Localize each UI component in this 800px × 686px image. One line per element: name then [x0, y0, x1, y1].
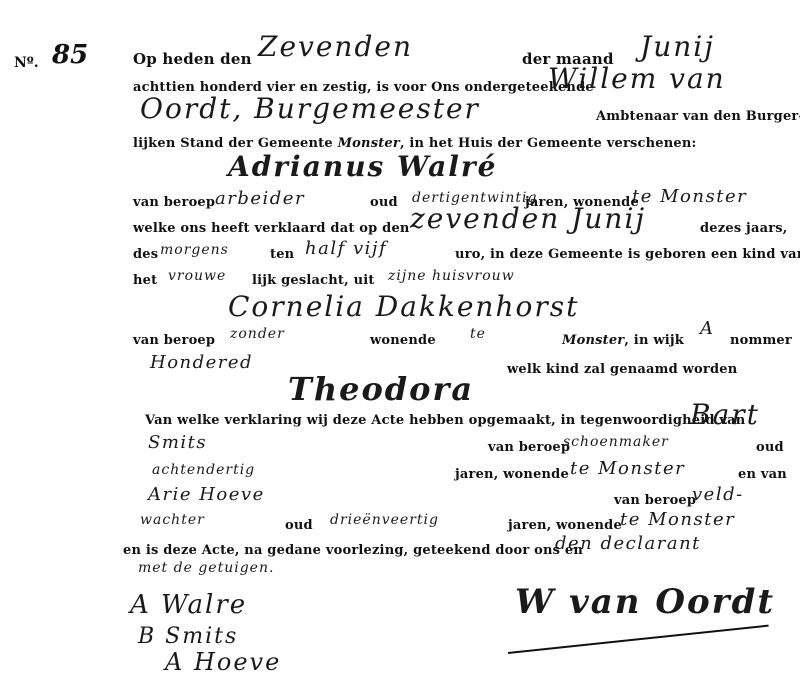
- handwritten-witness1-first: Bart: [690, 398, 760, 431]
- text-van-beroep-w1: van beroep: [488, 440, 570, 455]
- text-van-beroep-mother: van beroep: [133, 333, 215, 348]
- handwritten-month: Junij: [640, 30, 715, 63]
- handwritten-den-declarant: den declarant: [555, 533, 701, 554]
- handwritten-witness1-surname: Smits: [148, 432, 207, 453]
- text-uro-geboren: uro, in deze Gemeente is geboren een kin…: [455, 247, 800, 262]
- signature-witness2: A Hoeve: [165, 648, 281, 676]
- handwritten-house-number: Hondered: [150, 352, 253, 373]
- handwritten-mother-name: Cornelia Dakkenhorst: [228, 290, 579, 323]
- handwritten-witness2-occupation: veld-: [692, 484, 744, 505]
- text-des: des: [133, 247, 158, 262]
- handwritten-official-first-name: Willem van: [548, 62, 726, 95]
- text-geteekend: en is deze Acte, na gedane voorlezing, g…: [123, 543, 583, 558]
- text-en-van: en van: [738, 467, 787, 482]
- signature-underline: [508, 625, 769, 654]
- text-ambtenaar: Ambtenaar van den Burger-: [596, 109, 800, 124]
- text-welk-kind: welk kind zal genaamd worden: [507, 362, 737, 377]
- handwritten-declarant-name: Adrianus Walré: [228, 150, 497, 183]
- text-stand-line: lijken Stand der Gemeente Monster, in he…: [133, 136, 697, 151]
- handwritten-witness1-residence: te Monster: [570, 458, 685, 479]
- number-label: Nº.: [14, 55, 39, 71]
- handwritten-hour: half vijf: [305, 238, 387, 259]
- printed-place-monster: Monster: [338, 136, 400, 151]
- text-oud-w1: oud: [756, 440, 784, 455]
- text-op-heden-den: Op heden den: [133, 50, 252, 68]
- text-wijk-line: Monster, in wijk: [562, 333, 684, 348]
- handwritten-witness2-age: drieënveertig: [330, 512, 439, 528]
- text-ten: ten: [270, 247, 294, 262]
- handwritten-sex: vrouwe: [168, 268, 226, 284]
- handwritten-relation: zijne huisvrouw: [388, 268, 515, 284]
- signature-declarant: A Walre: [130, 590, 247, 620]
- certificate-number: 85: [52, 40, 88, 70]
- text-het: het: [133, 273, 157, 288]
- handwritten-occupation: arbeider: [215, 188, 305, 209]
- handwritten-witness2-residence: te Monster: [620, 509, 735, 530]
- handwritten-witness1-occupation: schoenmaker: [563, 434, 669, 450]
- handwritten-witness2-occupation-cont: wachter: [140, 512, 205, 528]
- handwritten-day: Zevenden: [258, 30, 413, 63]
- handwritten-time-of-day: morgens: [160, 242, 229, 258]
- birth-certificate-page: Nº. 85 Op heden den Zevenden der maand J…: [0, 0, 800, 686]
- handwritten-witness1-age: achtendertig: [152, 462, 255, 478]
- handwritten-residence: te Monster: [632, 186, 747, 207]
- handwritten-te: te: [470, 326, 486, 342]
- text-van-beroep: van beroep: [133, 195, 215, 210]
- text-oud-w2: oud: [285, 518, 313, 533]
- handwritten-mother-occupation: zonder: [230, 326, 285, 342]
- signature-witness1: B Smits: [138, 624, 238, 649]
- text-verklaard: welke ons heeft verklaard dat op den: [133, 221, 410, 236]
- handwritten-met-de-getuigen: met de getuigen.: [138, 560, 274, 576]
- text-oud: oud: [370, 195, 398, 210]
- signature-official: W van Oordt: [515, 582, 775, 622]
- handwritten-official-title: Oordt, Burgemeester: [140, 92, 480, 125]
- handwritten-wijk: A: [700, 318, 715, 339]
- text-van-beroep-w2: van beroep: [614, 493, 696, 508]
- text-nommer: nommer: [730, 333, 792, 348]
- text-lijk-geslacht: lijk geslacht, uit: [252, 273, 375, 288]
- text-verklaring: Van welke verklaring wij deze Acte hebbe…: [145, 413, 745, 428]
- handwritten-witness2-name: Arie Hoeve: [148, 484, 265, 505]
- printed-place-monster-2: Monster: [562, 333, 624, 348]
- text-jaren-wonende-w2: jaren, wonende: [508, 518, 622, 533]
- text-jaren-wonende-w1: jaren, wonende: [455, 467, 569, 482]
- text-dezes-jaars: dezes jaars,: [700, 221, 788, 236]
- handwritten-birth-date: zevenden Junij: [410, 202, 646, 235]
- handwritten-child-name: Theodora: [288, 370, 474, 408]
- text-wonende: wonende: [370, 333, 436, 348]
